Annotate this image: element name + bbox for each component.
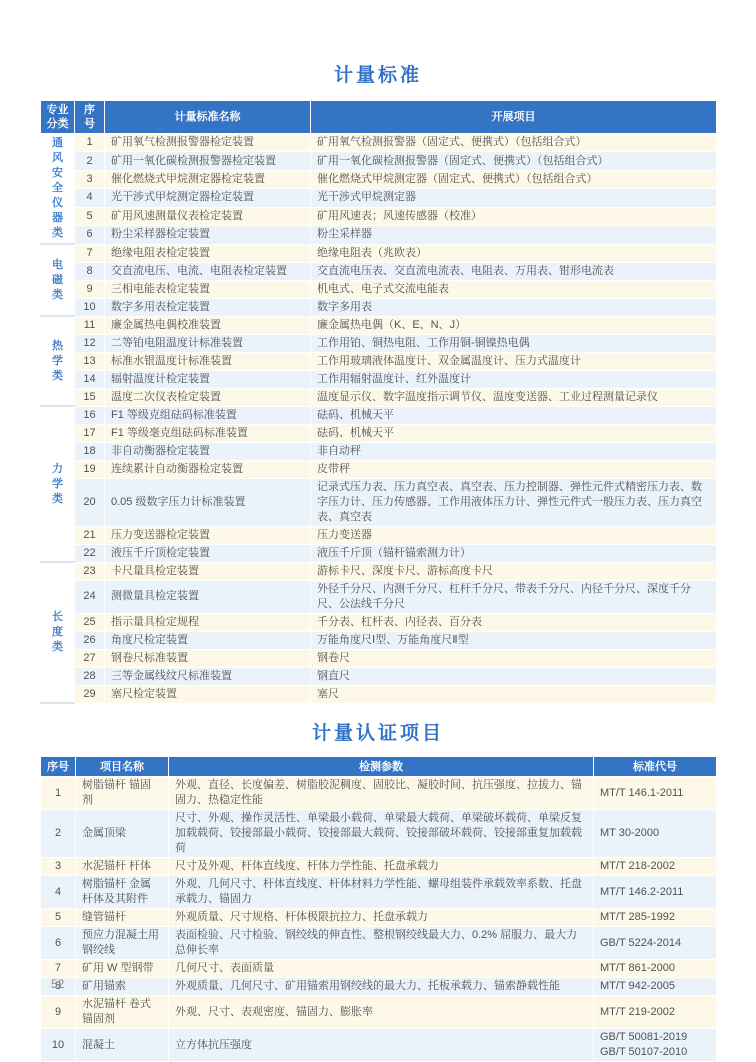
carried-items-cell: 钢直尺 xyxy=(311,667,717,685)
standard-name-cell: 连续累计自动衡器检定装置 xyxy=(105,460,311,478)
serial-number-cell: 7 xyxy=(41,960,76,978)
carried-items-cell: 千分表、杠杆表、内径表、百分表 xyxy=(311,613,717,631)
standard-code-cell: MT/T 942-2005 xyxy=(594,978,717,996)
carried-items-cell: 粉尘采样器 xyxy=(311,226,717,244)
header-project-name: 项目名称 xyxy=(76,757,169,777)
row-number-cell: 23 xyxy=(75,562,105,580)
header-serial-number: 序号 xyxy=(41,757,76,777)
carried-items-cell: 催化燃烧式甲烷测定器（固定式、便携式）（包括组合式） xyxy=(311,170,717,188)
project-name-cell: 水泥锚杆 杆体 xyxy=(76,858,169,876)
table-row: 6粉尘采样器检定装置粉尘采样器 xyxy=(41,226,717,244)
carried-items-cell: 液压千斤顶（锚杆锚索测力计） xyxy=(311,544,717,562)
table-row: 10混凝土立方体抗压强度GB/T 50081-2019 GB/T 50107-2… xyxy=(41,1029,717,1062)
table-row: 22液压千斤顶检定装置液压千斤顶（锚杆锚索测力计） xyxy=(41,544,717,562)
table-row: 2矿用一氧化碳检测报警器检定装置矿用一氧化碳检测报警器（固定式、便携式）（包括组… xyxy=(41,152,717,170)
table-row: 19连续累计自动衡器检定装置皮带秤 xyxy=(41,460,717,478)
carried-items-cell: 游标卡尺、深度卡尺、游标高度卡尺 xyxy=(311,562,717,580)
row-number-cell: 11 xyxy=(75,316,105,334)
carried-items-cell: 钢卷尺 xyxy=(311,649,717,667)
row-number-cell: 25 xyxy=(75,613,105,631)
category-cell: 长度类 xyxy=(41,562,75,703)
carried-items-cell: 矿用一氧化碳检测报警器（固定式、便携式）（包括组合式） xyxy=(311,152,717,170)
standard-name-cell: 液压千斤顶检定装置 xyxy=(105,544,311,562)
certification-projects-table: 序号 项目名称 检测参数 标准代号 1树脂锚杆 锚固剂外观、直径、长度偏差、树脂… xyxy=(40,756,717,1062)
table-row: 15温度二次仪表检定装置温度显示仪、数字温度指示调节仪、温度变送器、工业过程测量… xyxy=(41,388,717,406)
carried-items-cell: 交直流电压表、交直流电流表、电阻表、万用表、钳形电流表 xyxy=(311,262,717,280)
table-row: 12二等铂电阻温度计标准装置工作用铂、铜热电阻、工作用铜-铜镍热电偶 xyxy=(41,334,717,352)
project-name-cell: 缝管锚杆 xyxy=(76,909,169,927)
serial-number-cell: 6 xyxy=(41,927,76,960)
table-row: 13标准水银温度计标准装置工作用玻璃液体温度计、双金属温度计、压力式温度计 xyxy=(41,352,717,370)
page-number: 52 xyxy=(51,977,64,991)
serial-number-cell: 5 xyxy=(41,909,76,927)
standard-name-cell: 指示量具检定规程 xyxy=(105,613,311,631)
category-label: 热学类 xyxy=(51,339,64,384)
row-number-cell: 17 xyxy=(75,424,105,442)
carried-items-cell: 万能角度尺Ⅰ型、万能角度尺Ⅱ型 xyxy=(311,631,717,649)
project-name-cell: 树脂锚杆 锚固剂 xyxy=(76,777,169,810)
table-row: 5缝管锚杆外观质量、尺寸规格、杆体极限抗拉力、托盘承载力MT/T 285-199… xyxy=(41,909,717,927)
row-number-cell: 21 xyxy=(75,526,105,544)
document-page: 计量标准 专业 分类 序 号 计量标准名称 开展项目 通风安全仪器类1矿用氧气检… xyxy=(0,0,756,1040)
carried-items-cell: 数字多用表 xyxy=(311,298,717,316)
standard-name-cell: 辐射温度计检定装置 xyxy=(105,370,311,388)
carried-items-cell: 工作用玻璃液体温度计、双金属温度计、压力式温度计 xyxy=(311,352,717,370)
standard-name-cell: 钢卷尺标准装置 xyxy=(105,649,311,667)
category-label: 长度类 xyxy=(51,610,64,655)
header-standard-name: 计量标准名称 xyxy=(105,101,311,134)
row-number-cell: 24 xyxy=(75,580,105,613)
carried-items-cell: 矿用风速表；风速传感器（校准） xyxy=(311,207,717,225)
row-number-cell: 1 xyxy=(75,134,105,152)
standard-name-cell: 数字多用表检定装置 xyxy=(105,298,311,316)
row-number-cell: 18 xyxy=(75,442,105,460)
serial-number-cell: 3 xyxy=(41,858,76,876)
table-row: 24测微量具检定装置外径千分尺、内测千分尺、杠杆千分尺、带表千分尺、内径千分尺、… xyxy=(41,580,717,613)
table-row: 18非自动衡器检定装置非自动秤 xyxy=(41,442,717,460)
standard-code-cell: GB/T 50081-2019 GB/T 50107-2010 xyxy=(594,1029,717,1062)
table-row: 8矿用锚索外观质量、几何尺寸、矿用锚索用钢绞线的最大力、托板承载力、锚索静载性能… xyxy=(41,978,717,996)
row-number-cell: 19 xyxy=(75,460,105,478)
test-parameters-cell: 几何尺寸、表面质量 xyxy=(169,960,594,978)
category-cell: 力学类 xyxy=(41,406,75,562)
table-row: 29塞尺检定装置塞尺 xyxy=(41,685,717,703)
carried-items-cell: 砝码、机械天平 xyxy=(311,424,717,442)
standard-code-cell: MT/T 285-1992 xyxy=(594,909,717,927)
standard-name-cell: 矿用一氧化碳检测报警器检定装置 xyxy=(105,152,311,170)
test-parameters-cell: 立方体抗压强度 xyxy=(169,1029,594,1062)
table-row: 力学类16F1 等级克组砝码标准装置砝码、机械天平 xyxy=(41,406,717,424)
standard-code-cell: MT/T 861-2000 xyxy=(594,960,717,978)
standard-name-cell: 三等金属线纹尺标准装置 xyxy=(105,667,311,685)
carried-items-cell: 皮带秤 xyxy=(311,460,717,478)
standard-name-cell: 矿用氧气检测报警器检定装置 xyxy=(105,134,311,152)
row-number-cell: 6 xyxy=(75,226,105,244)
row-number-cell: 16 xyxy=(75,406,105,424)
project-name-cell: 金属顶梁 xyxy=(76,810,169,858)
carried-items-cell: 工作用辐射温度计、红外温度计 xyxy=(311,370,717,388)
test-parameters-cell: 外观质量、几何尺寸、矿用锚索用钢绞线的最大力、托板承载力、锚索静载性能 xyxy=(169,978,594,996)
category-cell: 热学类 xyxy=(41,316,75,406)
header-standard-code: 标准代号 xyxy=(594,757,717,777)
standard-name-cell: 三相电能表检定装置 xyxy=(105,280,311,298)
row-number-cell: 12 xyxy=(75,334,105,352)
project-name-cell: 矿用锚索 xyxy=(76,978,169,996)
serial-number-cell: 10 xyxy=(41,1029,76,1062)
standard-name-cell: 交直流电压、电流、电阻表检定装置 xyxy=(105,262,311,280)
standard-name-cell: 催化燃烧式甲烷测定器检定装置 xyxy=(105,170,311,188)
row-number-cell: 15 xyxy=(75,388,105,406)
standard-name-cell: 廉金属热电偶校准装置 xyxy=(105,316,311,334)
table-row: 2金属顶梁尺寸、外观、操作灵活性、单梁最小载荷、单梁最大载荷、单梁破坏载荷、单梁… xyxy=(41,810,717,858)
row-number-cell: 28 xyxy=(75,667,105,685)
table-row: 25指示量具检定规程千分表、杠杆表、内径表、百分表 xyxy=(41,613,717,631)
table-row: 热学类11廉金属热电偶校准装置廉金属热电偶（K、E、N、J） xyxy=(41,316,717,334)
standard-name-cell: 塞尺检定装置 xyxy=(105,685,311,703)
category-label: 力学类 xyxy=(51,462,64,507)
table-row: 10数字多用表检定装置数字多用表 xyxy=(41,298,717,316)
row-number-cell: 10 xyxy=(75,298,105,316)
metrology-standards-title: 计量标准 xyxy=(40,60,716,87)
test-parameters-cell: 外观、几何尺寸、杆体直线度、杆体材料力学性能、螺母组装件承载效率系数、托盘承载力… xyxy=(169,876,594,909)
category-label: 通风安全仪器类 xyxy=(51,136,64,241)
test-parameters-cell: 表面检验、尺寸检验、钢绞线的伸直性、整根钢绞线最大力、0.2% 屈服力、最大力总… xyxy=(169,927,594,960)
table-row: 通风安全仪器类1矿用氧气检测报警器检定装置矿用氧气检测报警器（固定式、便携式）（… xyxy=(41,134,717,152)
test-parameters-cell: 尺寸及外观、杆体直线度、杆体力学性能、托盘承载力 xyxy=(169,858,594,876)
standard-code-cell: MT/T 218-2002 xyxy=(594,858,717,876)
standard-name-cell: 绝缘电阻表检定装置 xyxy=(105,244,311,262)
carried-items-cell: 光干涉式甲烷测定器 xyxy=(311,189,717,207)
table-row: 26角度尺检定装置万能角度尺Ⅰ型、万能角度尺Ⅱ型 xyxy=(41,631,717,649)
table-row: 3催化燃烧式甲烷测定器检定装置催化燃烧式甲烷测定器（固定式、便携式）（包括组合式… xyxy=(41,170,717,188)
standard-code-cell: MT/T 219-2002 xyxy=(594,996,717,1029)
metrology-standards-table: 专业 分类 序 号 计量标准名称 开展项目 通风安全仪器类1矿用氧气检测报警器检… xyxy=(40,100,717,704)
project-name-cell: 矿用 W 型钢带 xyxy=(76,960,169,978)
standard-name-cell: 光干涉式甲烷测定器检定装置 xyxy=(105,189,311,207)
carried-items-cell: 矿用氧气检测报警器（固定式、便携式）（包括组合式） xyxy=(311,134,717,152)
table-row: 长度类23卡尺量具检定装置游标卡尺、深度卡尺、游标高度卡尺 xyxy=(41,562,717,580)
standard-name-cell: 非自动衡器检定装置 xyxy=(105,442,311,460)
standard-name-cell: 二等铂电阻温度计标准装置 xyxy=(105,334,311,352)
standard-name-cell: F1 等级克组砝码标准装置 xyxy=(105,406,311,424)
standard-name-cell: 卡尺量具检定装置 xyxy=(105,562,311,580)
standard-name-cell: 压力变送器检定装置 xyxy=(105,526,311,544)
table-row: 1树脂锚杆 锚固剂外观、直径、长度偏差、树脂胶泥稠度、固胶比、凝胶时间、抗压强度… xyxy=(41,777,717,810)
header-carried-items: 开展项目 xyxy=(311,101,717,134)
table-header-row: 序号 项目名称 检测参数 标准代号 xyxy=(41,757,717,777)
row-number-cell: 22 xyxy=(75,544,105,562)
standard-name-cell: 0.05 级数字压力计标准装置 xyxy=(105,478,311,526)
test-parameters-cell: 外观、直径、长度偏差、树脂胶泥稠度、固胶比、凝胶时间、抗压强度、拉拔力、锚固力、… xyxy=(169,777,594,810)
table-row: 27钢卷尺标准装置钢卷尺 xyxy=(41,649,717,667)
carried-items-cell: 绝缘电阻表（兆欧表） xyxy=(311,244,717,262)
row-number-cell: 2 xyxy=(75,152,105,170)
carried-items-cell: 外径千分尺、内测千分尺、杠杆千分尺、带表千分尺、内径千分尺、深度千分尺、公法线千… xyxy=(311,580,717,613)
standard-name-cell: 测微量具检定装置 xyxy=(105,580,311,613)
standard-name-cell: 温度二次仪表检定装置 xyxy=(105,388,311,406)
row-number-cell: 7 xyxy=(75,244,105,262)
table-row: 3水泥锚杆 杆体尺寸及外观、杆体直线度、杆体力学性能、托盘承载力MT/T 218… xyxy=(41,858,717,876)
table-row: 9三相电能表检定装置机电式、电子式交流电能表 xyxy=(41,280,717,298)
row-number-cell: 20 xyxy=(75,478,105,526)
carried-items-cell: 廉金属热电偶（K、E、N、J） xyxy=(311,316,717,334)
carried-items-cell: 记录式压力表、压力真空表、真空表、压力控制器、弹性元件式精密压力表、数字压力计、… xyxy=(311,478,717,526)
standard-name-cell: 粉尘采样器检定装置 xyxy=(105,226,311,244)
test-parameters-cell: 外观、尺寸、表观密度、锚固力、膨胀率 xyxy=(169,996,594,1029)
row-number-cell: 4 xyxy=(75,189,105,207)
category-label: 电磁类 xyxy=(51,258,64,303)
standard-name-cell: 角度尺检定装置 xyxy=(105,631,311,649)
carried-items-cell: 非自动秤 xyxy=(311,442,717,460)
header-category: 专业 分类 xyxy=(41,101,75,134)
project-name-cell: 水泥锚杆 卷式锚固剂 xyxy=(76,996,169,1029)
project-name-cell: 树脂锚杆 金属杆体及其附件 xyxy=(76,876,169,909)
serial-number-cell: 1 xyxy=(41,777,76,810)
row-number-cell: 9 xyxy=(75,280,105,298)
certification-projects-title: 计量认证项目 xyxy=(40,718,716,745)
table-row: 200.05 级数字压力计标准装置记录式压力表、压力真空表、真空表、压力控制器、… xyxy=(41,478,717,526)
standard-code-cell: MT/T 146.2-2011 xyxy=(594,876,717,909)
table-row: 7矿用 W 型钢带几何尺寸、表面质量MT/T 861-2000 xyxy=(41,960,717,978)
table-row: 8交直流电压、电流、电阻表检定装置交直流电压表、交直流电流表、电阻表、万用表、钳… xyxy=(41,262,717,280)
header-row-number: 序 号 xyxy=(75,101,105,134)
project-name-cell: 预应力混凝土用钢绞线 xyxy=(76,927,169,960)
row-number-cell: 27 xyxy=(75,649,105,667)
table-row: 电磁类7绝缘电阻表检定装置绝缘电阻表（兆欧表） xyxy=(41,244,717,262)
standard-name-cell: F1 等级毫克组砝码标准装置 xyxy=(105,424,311,442)
row-number-cell: 14 xyxy=(75,370,105,388)
row-number-cell: 3 xyxy=(75,170,105,188)
serial-number-cell: 2 xyxy=(41,810,76,858)
carried-items-cell: 砝码、机械天平 xyxy=(311,406,717,424)
test-parameters-cell: 尺寸、外观、操作灵活性、单梁最小载荷、单梁最大载荷、单梁破坏载荷、单梁反复加载载… xyxy=(169,810,594,858)
table-row: 6预应力混凝土用钢绞线表面检验、尺寸检验、钢绞线的伸直性、整根钢绞线最大力、0.… xyxy=(41,927,717,960)
row-number-cell: 8 xyxy=(75,262,105,280)
carried-items-cell: 机电式、电子式交流电能表 xyxy=(311,280,717,298)
table-row: 5矿用风速测量仪表检定装置矿用风速表；风速传感器（校准） xyxy=(41,207,717,225)
row-number-cell: 29 xyxy=(75,685,105,703)
row-number-cell: 26 xyxy=(75,631,105,649)
carried-items-cell: 塞尺 xyxy=(311,685,717,703)
table-row: 14辐射温度计检定装置工作用辐射温度计、红外温度计 xyxy=(41,370,717,388)
category-cell: 电磁类 xyxy=(41,244,75,316)
table-header-row: 专业 分类 序 号 计量标准名称 开展项目 xyxy=(41,101,717,134)
carried-items-cell: 温度显示仪、数字温度指示调节仪、温度变送器、工业过程测量记录仪 xyxy=(311,388,717,406)
table-row: 9水泥锚杆 卷式锚固剂外观、尺寸、表观密度、锚固力、膨胀率MT/T 219-20… xyxy=(41,996,717,1029)
carried-items-cell: 压力变送器 xyxy=(311,526,717,544)
table-row: 21压力变送器检定装置压力变送器 xyxy=(41,526,717,544)
table-row: 4树脂锚杆 金属杆体及其附件外观、几何尺寸、杆体直线度、杆体材料力学性能、螺母组… xyxy=(41,876,717,909)
standard-code-cell: MT/T 146.1-2011 xyxy=(594,777,717,810)
table-row: 28三等金属线纹尺标准装置钢直尺 xyxy=(41,667,717,685)
standard-code-cell: MT 30-2000 xyxy=(594,810,717,858)
standard-code-cell: GB/T 5224-2014 xyxy=(594,927,717,960)
header-test-parameters: 检测参数 xyxy=(169,757,594,777)
test-parameters-cell: 外观质量、尺寸规格、杆体极限抗拉力、托盘承载力 xyxy=(169,909,594,927)
category-cell: 通风安全仪器类 xyxy=(41,134,75,245)
row-number-cell: 13 xyxy=(75,352,105,370)
serial-number-cell: 9 xyxy=(41,996,76,1029)
project-name-cell: 混凝土 xyxy=(76,1029,169,1062)
row-number-cell: 5 xyxy=(75,207,105,225)
standard-name-cell: 标准水银温度计标准装置 xyxy=(105,352,311,370)
carried-items-cell: 工作用铂、铜热电阻、工作用铜-铜镍热电偶 xyxy=(311,334,717,352)
table-row: 4光干涉式甲烷测定器检定装置光干涉式甲烷测定器 xyxy=(41,189,717,207)
standard-name-cell: 矿用风速测量仪表检定装置 xyxy=(105,207,311,225)
table-row: 17F1 等级毫克组砝码标准装置砝码、机械天平 xyxy=(41,424,717,442)
serial-number-cell: 4 xyxy=(41,876,76,909)
